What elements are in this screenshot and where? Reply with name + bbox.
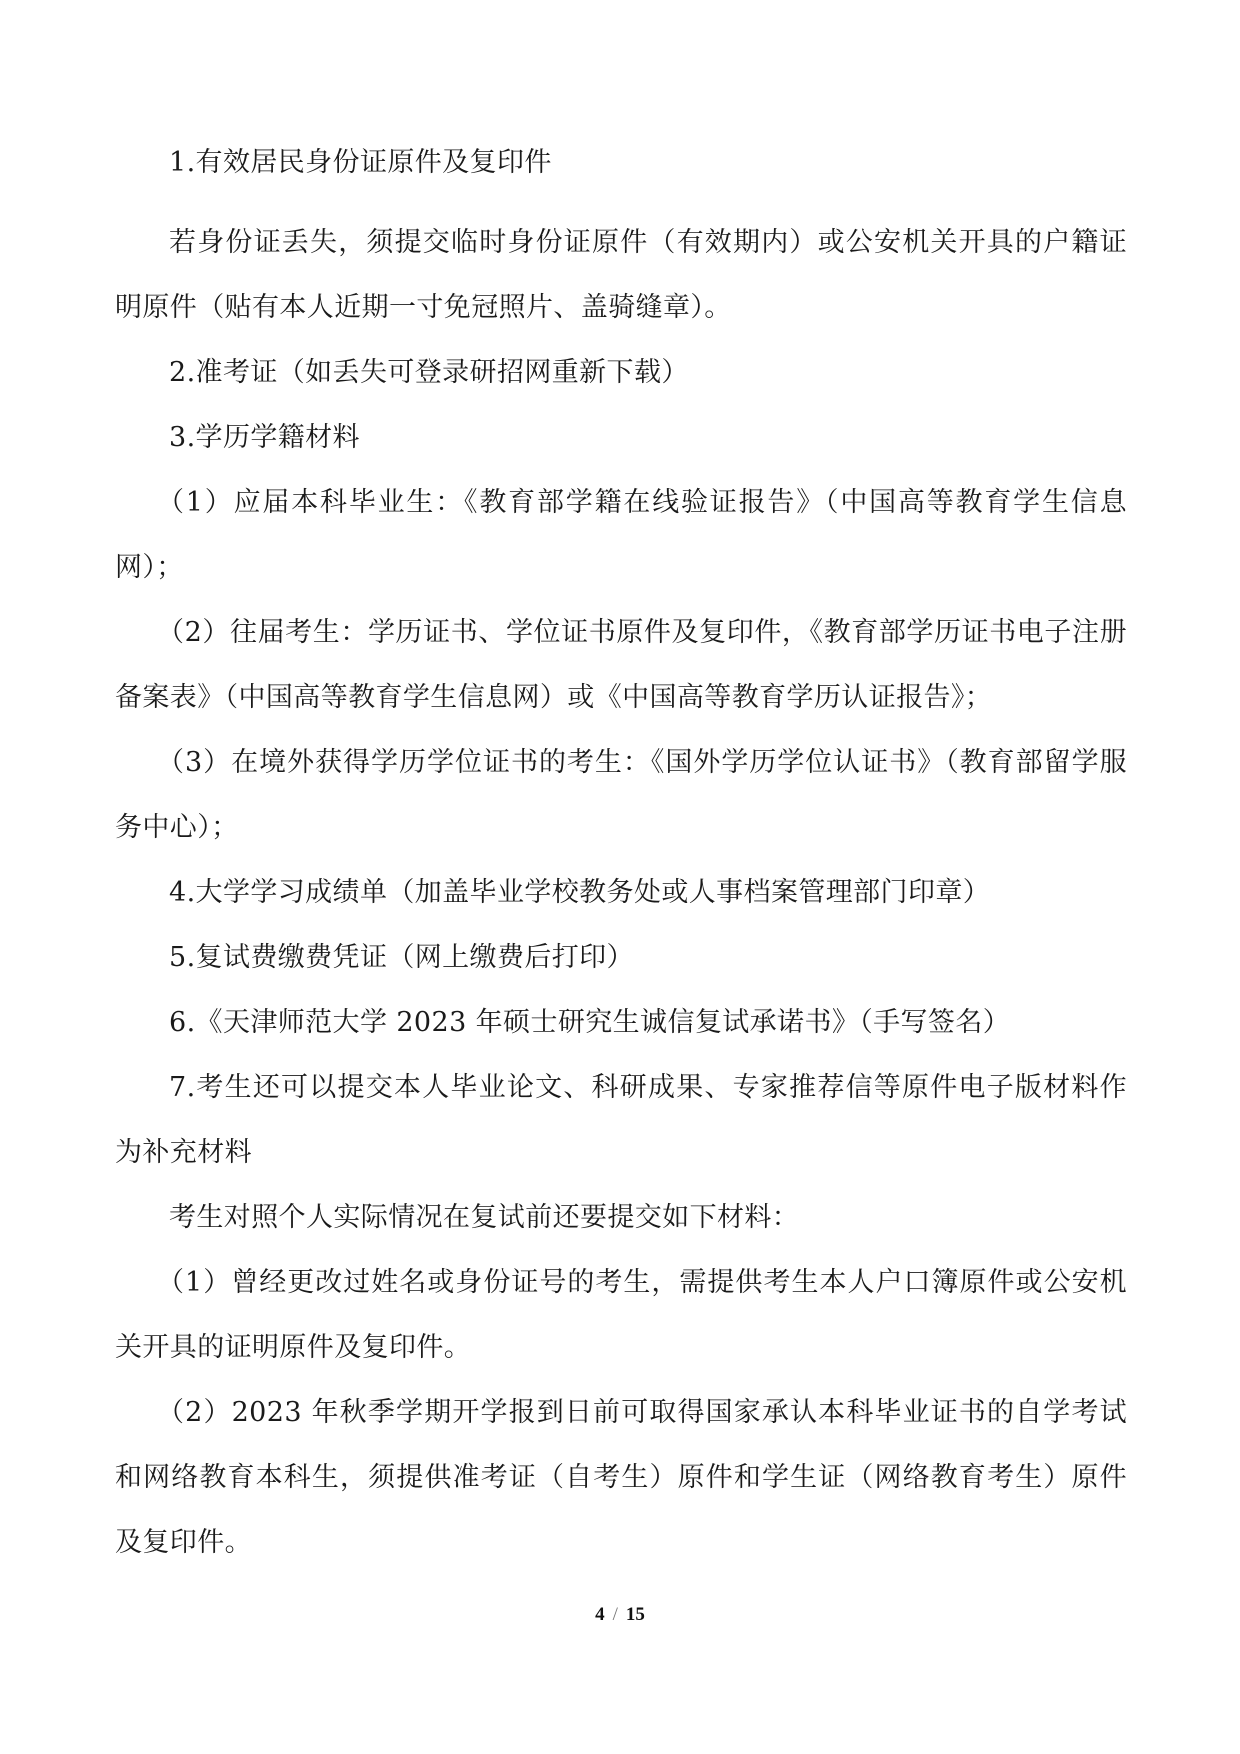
list-item-id-card: 1.有效居民身份证原件及复印件 bbox=[115, 130, 1127, 195]
list-item-education-materials: 3.学历学籍材料 bbox=[115, 405, 1127, 470]
sub-item-overseas-degree: （3）在境外获得学历学位证书的考生：《国外学历学位认证书》（教育部留学服务中心）… bbox=[115, 730, 1127, 860]
total-pages: 15 bbox=[626, 1604, 645, 1625]
list-item-admission-ticket: 2.准考证（如丢失可登录研招网重新下载） bbox=[115, 340, 1127, 405]
sub-item-past-graduates: （2）往届考生：学历证书、学位证书原件及复印件，《教育部学历证书电子注册备案表》… bbox=[115, 600, 1127, 730]
id-card-lost-note: 若身份证丢失，须提交临时身份证原件（有效期内）或公安机关开具的户籍证明原件（贴有… bbox=[115, 210, 1127, 340]
list-item-integrity-pledge: 6.《天津师范大学 2023 年硕士研究生诚信复试承诺书》（手写签名） bbox=[115, 990, 1127, 1055]
document-body: 1.有效居民身份证原件及复印件 若身份证丢失，须提交临时身份证原件（有效期内）或… bbox=[115, 130, 1127, 1575]
extra-materials-intro: 考生对照个人实际情况在复试前还要提交如下材料： bbox=[115, 1185, 1127, 1250]
extra-item-self-study: （2）2023 年秋季学期开学报到日前可取得国家承认本科毕业证书的自学考试和网络… bbox=[115, 1380, 1127, 1575]
extra-item-name-change: （1）曾经更改过姓名或身份证号的考生，需提供考生本人户口簿原件或公安机关开具的证… bbox=[115, 1250, 1127, 1380]
current-page: 4 bbox=[595, 1604, 605, 1625]
list-item-transcript: 4.大学学习成绩单（加盖毕业学校教务处或人事档案管理部门印章） bbox=[115, 860, 1127, 925]
list-item-fee-receipt: 5.复试费缴费凭证（网上缴费后打印） bbox=[115, 925, 1127, 990]
sub-item-fresh-graduates: （1）应届本科毕业生：《教育部学籍在线验证报告》（中国高等教育学生信息网）； bbox=[115, 470, 1127, 600]
page-number: 4/15 bbox=[0, 1604, 1240, 1626]
page-separator: / bbox=[613, 1604, 618, 1625]
list-item-supplementary: 7.考生还可以提交本人毕业论文、科研成果、专家推荐信等原件电子版材料作为补充材料 bbox=[115, 1055, 1127, 1185]
document-page: 1.有效居民身份证原件及复印件 若身份证丢失，须提交临时身份证原件（有效期内）或… bbox=[0, 0, 1240, 1754]
